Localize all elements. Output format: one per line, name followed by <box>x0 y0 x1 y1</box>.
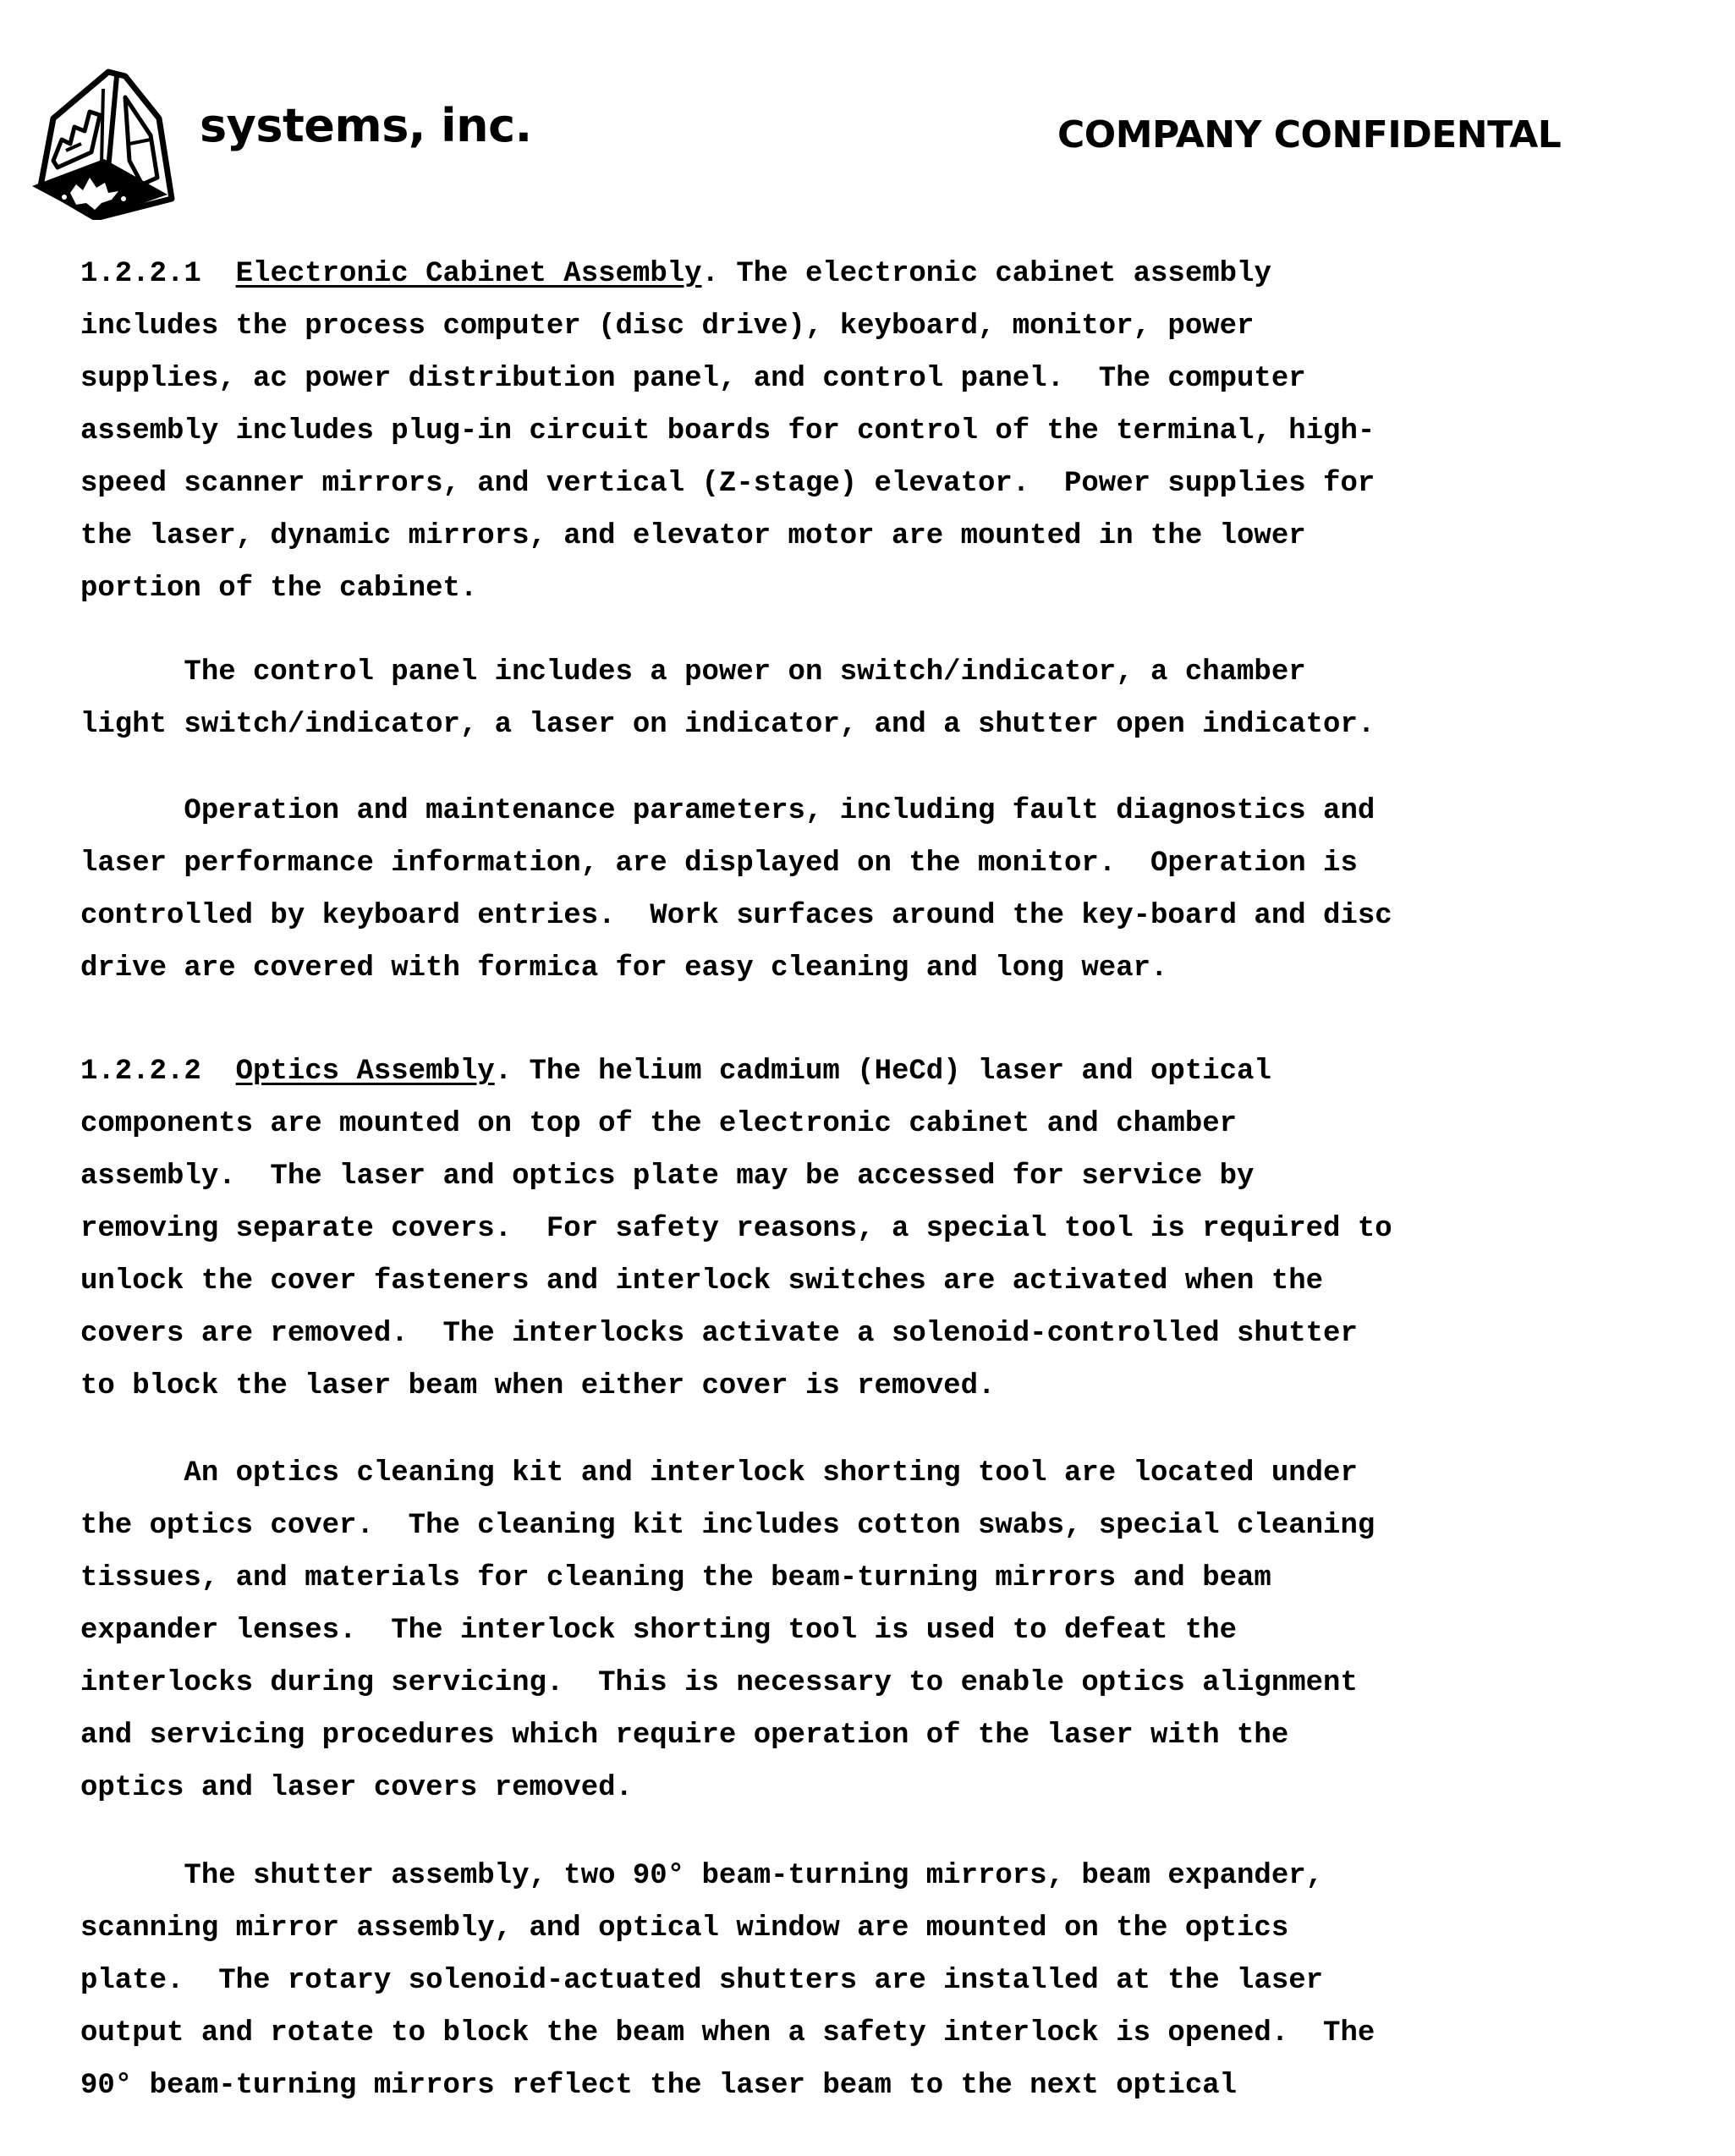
text-line: assembly includes plug-in circuit boards… <box>80 417 1375 446</box>
confidential-label: COMPANY CONFIDENTAL <box>1057 117 1561 154</box>
text-line: includes the process computer (disc driv… <box>80 312 1254 341</box>
text-line: laser performance information, are displ… <box>80 849 1358 878</box>
section-number: 1.2.2.2 <box>80 1056 201 1088</box>
text-line: An optics cleaning kit and interlock sho… <box>80 1459 1358 1488</box>
company-name: systems, inc. <box>200 103 532 149</box>
text-line: Operation and maintenance parameters, in… <box>80 797 1375 826</box>
section-heading-1-2-2-2: 1.2.2.2 Optics Assembly. The helium cadm… <box>80 1057 1271 1086</box>
text-line: output and rotate to block the beam when… <box>80 2019 1375 2048</box>
text-line: unlock the cover fasteners and interlock… <box>80 1267 1323 1296</box>
text-line: to block the laser beam when either cove… <box>80 1372 995 1401</box>
text-line: components are mounted on top of the ele… <box>80 1110 1237 1138</box>
text-line: removing separate covers. For safety rea… <box>80 1215 1392 1243</box>
section-title: Electronic Cabinet Assembly <box>236 258 702 290</box>
text-line: and servicing procedures which require o… <box>80 1721 1288 1750</box>
text-line: covers are removed. The interlocks activ… <box>80 1319 1358 1348</box>
text-line: light switch/indicator, a laser on indic… <box>80 710 1375 739</box>
text-line: optics and laser covers removed. <box>80 1774 633 1802</box>
text-line: plate. The rotary solenoid-actuated shut… <box>80 1967 1323 1995</box>
section-number: 1.2.2.1 <box>80 258 201 290</box>
text-line: controlled by keyboard entries. Work sur… <box>80 902 1392 930</box>
section-title: Optics Assembly <box>236 1056 495 1088</box>
text-line: the laser, dynamic mirrors, and elevator… <box>80 522 1306 551</box>
section-heading-1-2-2-1: 1.2.2.1 Electronic Cabinet Assembly. The… <box>80 260 1271 288</box>
text-line: the optics cover. The cleaning kit inclu… <box>80 1511 1375 1540</box>
section-text: . The helium cadmium (HeCd) laser and op… <box>495 1056 1271 1088</box>
text-line: The shutter assembly, two 90° beam-turni… <box>80 1862 1323 1890</box>
text-line: tissues, and materials for cleaning the … <box>80 1564 1271 1593</box>
text-line: The control panel includes a power on sw… <box>80 658 1306 687</box>
text-line: assembly. The laser and optics plate may… <box>80 1162 1254 1191</box>
text-line: drive are covered with formica for easy … <box>80 954 1167 983</box>
text-line: supplies, ac power distribution panel, a… <box>80 365 1306 393</box>
section-text: . The electronic cabinet assembly <box>702 258 1271 290</box>
text-line: expander lenses. The interlock shorting … <box>80 1616 1237 1645</box>
text-line: scanning mirror assembly, and optical wi… <box>80 1914 1288 1943</box>
text-line: interlocks during servicing. This is nec… <box>80 1669 1358 1698</box>
text-line: 90° beam-turning mirrors reflect the las… <box>80 2071 1237 2100</box>
3d-cube-logo-icon <box>24 59 193 220</box>
text-line: speed scanner mirrors, and vertical (Z-s… <box>80 469 1375 498</box>
text-line: portion of the cabinet. <box>80 574 477 603</box>
